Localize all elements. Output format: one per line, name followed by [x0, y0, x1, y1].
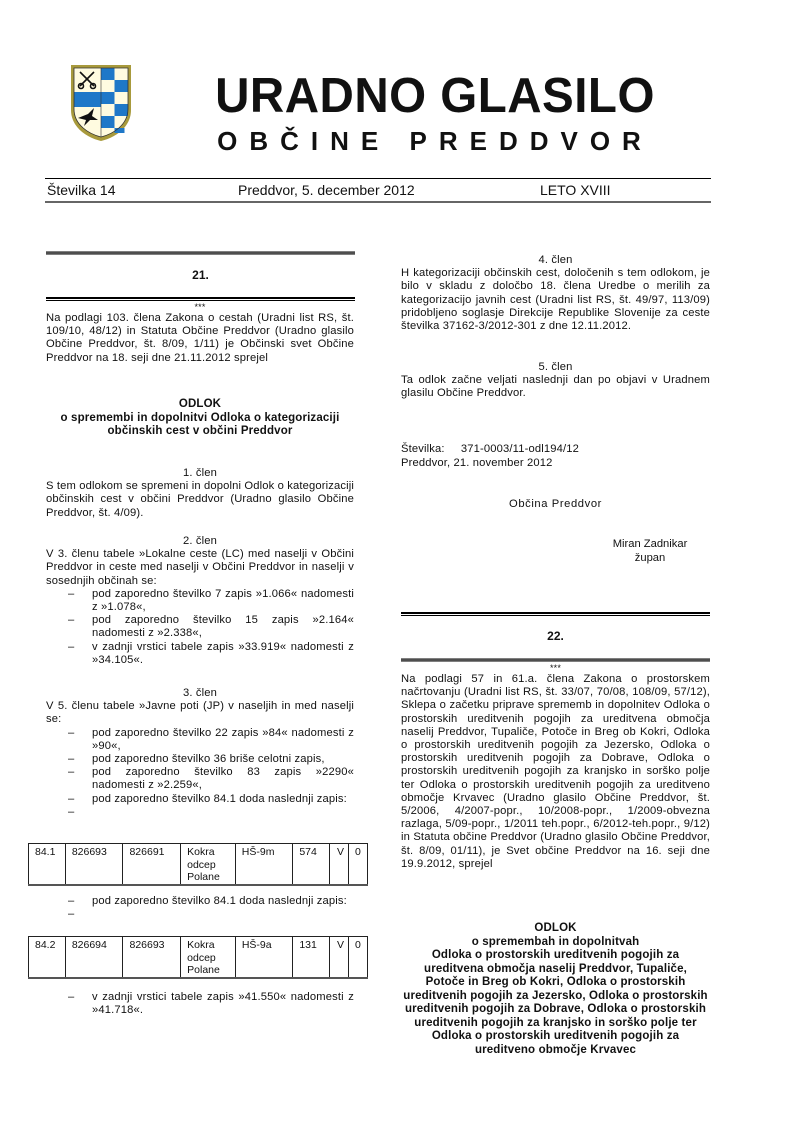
article-5: 5. člen Ta odlok začne veljati naslednji… [401, 361, 710, 401]
table-cell: HŠ-9m [235, 844, 293, 885]
issue-date: Preddvor, 5. december 2012 [238, 182, 415, 198]
section-rule-top [46, 251, 355, 255]
odlok-heading: ODLOK o spremembah in dopolnitvah Odloka… [401, 922, 710, 1057]
stars-separator: *** [401, 663, 710, 673]
article-text: Ta odlok začne veljati naslednji dan po … [401, 374, 710, 400]
list-item: pod zaporedno številko 22 zapis »84« nad… [46, 727, 354, 753]
article-text: V 3. členu tabele »Lokalne ceste (LC) me… [46, 548, 354, 588]
table-cell: 84.1 [29, 844, 66, 885]
odlok-subtitle: o spremembi in dopolnitvi Odloka o kateg… [46, 412, 354, 439]
odlok-subtitle: o spremembah in dopolnitvah [401, 936, 710, 950]
article-text: H kategorizaciji občinskih cest, določen… [401, 267, 710, 333]
list-item [46, 806, 354, 819]
article-title: 5. člen [401, 361, 710, 374]
list-item [46, 908, 354, 921]
table-cell: 0 [349, 844, 368, 885]
table-cell: 131 [293, 937, 330, 978]
issue-number: Številka 14 [47, 182, 115, 198]
table-cell: Kokra odcep Polane [181, 937, 236, 978]
table-cell: Kokra odcep Polane [181, 844, 236, 885]
table-cell: HŠ-9a [235, 937, 293, 978]
article-text: V 5. členu tabele »Javne poti (JP) v nas… [46, 700, 354, 726]
reference-date: Preddvor, 21. november 2012 [401, 457, 710, 470]
article-text: S tem odlokom se spremeni in dopolni Odl… [46, 480, 354, 520]
odlok-heading: ODLOK o spremembi in dopolnitvi Odloka o… [46, 398, 354, 439]
signatory-name: Miran Zadnikar [600, 538, 700, 551]
section-rule-bottom [401, 658, 710, 662]
list-item: pod zaporedno številko 7 zapis »1.066« n… [46, 588, 354, 614]
article-3-continued: pod zaporedno številko 84.1 doda nasledn… [46, 895, 354, 921]
article-3-final: v zadnji vrstici tabele zapis »41.550« n… [46, 991, 354, 1017]
road-table-1: 84.1 826693 826691 Kokra odcep Polane HŠ… [28, 843, 368, 886]
article-title: 3. člen [46, 687, 354, 700]
table-cell: 84.2 [29, 937, 66, 978]
table-cell: V [330, 937, 349, 978]
table-cell: 826694 [65, 937, 123, 978]
table-cell: V [330, 844, 349, 885]
signatory-title: župan [600, 552, 700, 565]
table-cell: 826691 [123, 844, 181, 885]
table-cell: 826693 [65, 844, 123, 885]
section-number: 21. [46, 268, 355, 282]
odlok-title: ODLOK [401, 922, 710, 936]
article-2: 2. člen V 3. členu tabele »Lokalne ceste… [46, 535, 354, 667]
table-cell: 826693 [123, 937, 181, 978]
table-row: 84.2 826694 826693 Kokra odcep Polane HŠ… [29, 937, 368, 978]
section-rule-bottom [46, 297, 355, 301]
article-title: 4. člen [401, 254, 710, 267]
list-item: pod zaporedno številko 83 zapis »2290« n… [46, 766, 354, 792]
list-item: v zadnji vrstici tabele zapis »33.919« n… [46, 641, 354, 667]
preamble: Na podlagi 103. člena Zakona o cestah (U… [46, 312, 354, 365]
odlok-body: Odloka o prostorskih ureditvenih pogojih… [401, 949, 710, 1057]
section-number: 22. [401, 629, 710, 643]
article-3: 3. člen V 5. členu tabele »Javne poti (J… [46, 687, 354, 819]
article-4: 4. člen H kategorizaciji občinskih cest,… [401, 254, 710, 333]
issue-bar: Številka 14 Preddvor, 5. december 2012 L… [45, 178, 711, 203]
article-title: 2. člen [46, 535, 354, 548]
odlok-title: ODLOK [46, 398, 354, 412]
section-21-body: *** Na podlagi 103. člena Zakona o cesta… [46, 302, 354, 365]
road-table-2: 84.2 826694 826693 Kokra odcep Polane HŠ… [28, 936, 368, 979]
coat-of-arms-icon [68, 62, 134, 142]
issuer: Občina Preddvor [401, 498, 710, 511]
table-cell: 0 [349, 937, 368, 978]
list-item: pod zaporedno številko 36 briše celotni … [46, 753, 354, 766]
article-title: 1. člen [46, 467, 354, 480]
preamble: Na podlagi 57 in 61.a. člena Zakona o pr… [401, 673, 710, 871]
table-row: 84.1 826693 826691 Kokra odcep Polane HŠ… [29, 844, 368, 885]
stars-separator: *** [46, 302, 354, 312]
table-cell: 574 [293, 844, 330, 885]
issue-year: LETO XVIII [540, 182, 611, 198]
publication-subtitle: OBČINE PREDDVOR [150, 128, 720, 154]
list-item: pod zaporedno številko 84.1 doda nasledn… [46, 793, 354, 806]
section-22-body: *** Na podlagi 57 in 61.a. člena Zakona … [401, 663, 710, 871]
section-rule-top [401, 612, 710, 616]
article-1: 1. člen S tem odlokom se spremeni in dop… [46, 467, 354, 520]
list-item: pod zaporedno številko 15 zapis »2.164« … [46, 614, 354, 640]
list-item: v zadnji vrstici tabele zapis »41.550« n… [46, 991, 354, 1017]
list-item: pod zaporedno številko 84.1 doda nasledn… [46, 895, 354, 908]
publication-title: URADNO GLASILO [159, 72, 712, 121]
reference-number: Številka: 371-0003/11-odl194/12 [401, 443, 710, 456]
